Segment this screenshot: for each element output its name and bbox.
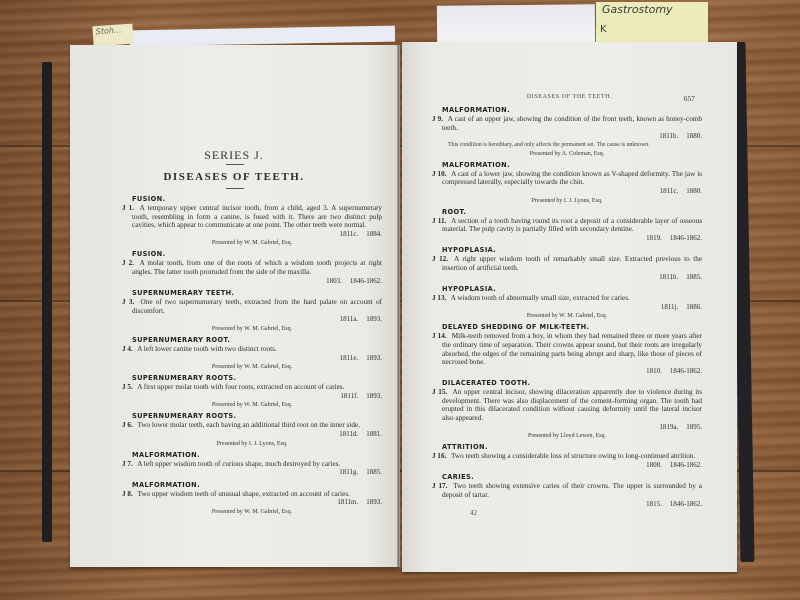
entry-body: J 7. A left upper wisdom tooth of curiou… xyxy=(122,460,382,477)
entry-year: 1893. xyxy=(366,392,382,400)
entry-reference: 1819.1846-1862. xyxy=(442,234,702,243)
entry-text: A first upper molar tooth with four root… xyxy=(137,383,344,391)
entry-id: J 13. xyxy=(432,294,446,302)
entry-body: J 10. A cast of a lower jaw, showing the… xyxy=(432,170,702,196)
entry-body: J 14. Milk-teeth removed from a boy, in … xyxy=(432,332,702,375)
entry-year: 1893. xyxy=(366,354,382,362)
entry-year: 1884. xyxy=(366,230,382,238)
catalogue-number: 1810. xyxy=(646,367,662,375)
entry-heading: MALFORMATION. xyxy=(132,481,382,489)
catalogue-entry: FUSION. J 1. A temporary upper central i… xyxy=(122,195,382,246)
entry-body: J 2. A molar tooth, from one of the root… xyxy=(122,259,382,285)
entry-id: J 4. xyxy=(122,345,133,353)
book-gutter xyxy=(397,45,400,567)
catalogue-entry: HYPOPLASIA. J 12. A right upper wisdom t… xyxy=(432,246,702,281)
entry-reference: 1811f.1893. xyxy=(132,392,382,401)
entry-reference: 1811j.1886. xyxy=(442,303,702,312)
entry-text: A molar tooth, from one of the roots of … xyxy=(132,259,382,276)
book-cover-left xyxy=(42,62,52,542)
entry-reference: 1811d.1881. xyxy=(132,430,382,439)
entry-text: A wisdom tooth of abnormally small size,… xyxy=(451,294,630,302)
presented-by: Presented by W. M. Gabriel, Esq. xyxy=(122,326,382,332)
catalogue-entry: HYPOPLASIA. J 13. A wisdom tooth of abno… xyxy=(432,285,702,319)
entry-year: 1885. xyxy=(366,468,382,476)
entry-id: J 6. xyxy=(122,421,133,429)
entry-year: 1881. xyxy=(366,430,382,438)
series-title: SERIES J. xyxy=(70,148,398,163)
entry-year: 1880. xyxy=(686,132,702,140)
entry-reference: 1811a.1893. xyxy=(132,315,382,324)
entry-id: J 11. xyxy=(432,217,446,225)
entry-year: 1846-1862. xyxy=(670,367,702,375)
entry-text: A section of a tooth having round its ro… xyxy=(442,217,702,234)
catalogue-entry: SUPERNUMERARY ROOTS. J 6. Two lower mola… xyxy=(122,412,382,446)
entry-id: J 10. xyxy=(432,170,447,178)
sticky-note-text: Stoh... xyxy=(92,24,133,38)
entry-text: A right upper wisdom tooth of remarkably… xyxy=(442,255,702,272)
entry-reference: 1811c.1880. xyxy=(442,187,702,196)
entry-id: J 2. xyxy=(122,259,134,267)
entry-text: A left upper wisdom tooth of curious sha… xyxy=(137,460,340,468)
right-entries-list: MALFORMATION. J 9. A cast of an upper ja… xyxy=(432,106,702,512)
entry-reference: 1811b.1880. xyxy=(442,132,702,141)
entry-year: 1886. xyxy=(686,303,702,311)
entry-text: Milk-teeth removed from a boy, in whom t… xyxy=(442,332,702,366)
entry-id: J 15. xyxy=(432,388,447,396)
catalogue-number: 1819. xyxy=(646,234,662,242)
entry-year: 1846-1862. xyxy=(670,461,702,469)
catalogue-number: 1819a. xyxy=(659,423,678,431)
right-page: DISEASES OF THE TEETH. 657 MALFORMATION.… xyxy=(402,42,737,572)
catalogue-entry: DELAYED SHEDDING OF MILK-TEETH. J 14. Mi… xyxy=(432,323,702,375)
catalogue-number: 1811d. xyxy=(339,430,358,438)
entry-id: J 12. xyxy=(432,255,448,263)
entry-id: J 14. xyxy=(432,332,447,340)
sticky-note-left: Stoh... xyxy=(92,24,133,47)
catalogue-entry: DILACERATED TOOTH. J 15. An upper centra… xyxy=(432,379,702,439)
title-rule xyxy=(226,164,244,165)
entry-text: One of two supernumerary teeth, extracte… xyxy=(132,298,382,315)
catalogue-number: 1811h. xyxy=(659,273,678,281)
entry-text: Two upper wisdom teeth of unusual shape,… xyxy=(137,490,349,498)
entry-year: 1893. xyxy=(366,498,382,506)
entry-text: An upper central incisor, showing dilace… xyxy=(442,388,702,422)
entry-id: J 7. xyxy=(122,460,133,468)
catalogue-number: 1811a. xyxy=(340,315,359,323)
entry-reference: 1819a.1895. xyxy=(442,423,702,432)
entry-year: 1895. xyxy=(686,423,702,431)
entry-heading: SUPERNUMERARY ROOT. xyxy=(132,336,382,344)
catalogue-entry: CARIES. J 17. Two teeth showing extensiv… xyxy=(432,473,702,508)
entry-note: This condition is hereditary, and only a… xyxy=(432,142,702,149)
catalogue-entry: ATTRITION. J 16. Two teeth showing a con… xyxy=(432,443,702,469)
presented-by: Presented by W. M. Gabriel, Esq. xyxy=(122,402,382,408)
entry-year: 1880. xyxy=(686,187,702,195)
entry-reference: 1810.1846-1862. xyxy=(442,367,702,376)
entry-heading: SUPERNUMERARY ROOTS. xyxy=(132,412,382,420)
signature-mark: 42 xyxy=(470,509,477,517)
catalogue-number: 1815. xyxy=(646,500,662,508)
entry-body: J 6. Two lower molar teeth, each having … xyxy=(122,421,382,438)
presented-by: Presented by I. J. Lyons, Esq. xyxy=(122,441,382,447)
entry-text: A temporary upper central incisor tooth,… xyxy=(132,204,382,229)
presented-by: Presented by W. M. Gabriel, Esq. xyxy=(122,240,382,246)
entry-body: J 17. Two teeth showing extensive caries… xyxy=(432,482,702,508)
entry-heading: ROOT. xyxy=(442,208,702,216)
entry-body: J 15. An upper central incisor, showing … xyxy=(432,388,702,431)
entry-id: J 8. xyxy=(122,490,133,498)
entry-heading: MALFORMATION. xyxy=(442,161,702,169)
catalogue-entry: MALFORMATION. J 9. A cast of an upper ja… xyxy=(432,106,702,157)
entry-body: J 8. Two upper wisdom teeth of unusual s… xyxy=(122,490,382,507)
catalogue-number: 1808. xyxy=(646,461,662,469)
catalogue-number: 1811g. xyxy=(339,468,358,476)
entry-year: 1846-1862. xyxy=(350,277,382,285)
entry-year: 1885. xyxy=(686,273,702,281)
presented-by: Presented by W. M. Gabriel, Esq. xyxy=(122,509,382,515)
entry-reference: 1815.1846-1862. xyxy=(442,500,702,509)
entry-reference: 1811m.1893. xyxy=(132,498,382,507)
entry-heading: HYPOPLASIA. xyxy=(442,246,702,254)
entry-body: J 3. One of two supernumerary teeth, ext… xyxy=(122,298,382,324)
entry-id: J 16. xyxy=(432,452,446,460)
title-rule xyxy=(226,188,244,189)
bookmark-paper xyxy=(437,4,595,43)
entry-reference: 1811e.1893. xyxy=(132,354,382,363)
catalogue-entry: MALFORMATION. J 8. Two upper wisdom teet… xyxy=(122,481,382,515)
entry-heading: DELAYED SHEDDING OF MILK-TEETH. xyxy=(442,323,702,331)
section-title: DISEASES OF TEETH. xyxy=(70,171,398,183)
entry-text: Two lower molar teeth, each having an ad… xyxy=(137,421,359,429)
entry-body: J 13. A wisdom tooth of abnormally small… xyxy=(432,294,702,311)
presented-by: Presented by A. Coleman, Esq. xyxy=(432,151,702,157)
catalogue-entry: ROOT. J 11. A section of a tooth having … xyxy=(432,208,702,243)
entry-body: J 1. A temporary upper central incisor t… xyxy=(122,204,382,238)
entry-heading: SUPERNUMERARY TEETH. xyxy=(132,289,382,297)
sticky-note-letter: K xyxy=(600,24,607,35)
presented-by: Presented by W. M. Gabriel, Esq. xyxy=(122,364,382,370)
left-entries-list: FUSION. J 1. A temporary upper central i… xyxy=(122,195,382,519)
catalogue-entry: FUSION. J 2. A molar tooth, from one of … xyxy=(122,250,382,285)
entry-heading: MALFORMATION. xyxy=(442,106,702,114)
entry-heading: FUSION. xyxy=(132,250,382,258)
entry-reference: 1811c.1884. xyxy=(132,230,382,239)
catalogue-entry: SUPERNUMERARY ROOTS. J 5. A first upper … xyxy=(122,374,382,408)
entry-id: J 17. xyxy=(432,482,447,490)
catalogue-number: 1811c. xyxy=(340,230,359,238)
left-page: SERIES J. DISEASES OF TEETH. FUSION. J 1… xyxy=(70,45,398,567)
catalogue-number: 1811e. xyxy=(340,354,359,362)
entry-reference: 1808.1846-1862. xyxy=(442,461,702,470)
catalogue-entry: SUPERNUMERARY ROOT. J 4. A left lower ca… xyxy=(122,336,382,370)
entry-body: J 9. A cast of an upper jaw, showing the… xyxy=(432,115,702,141)
entry-heading: HYPOPLASIA. xyxy=(442,285,702,293)
entry-heading: MALFORMATION. xyxy=(132,451,382,459)
catalogue-number: 1811c. xyxy=(660,187,679,195)
catalogue-number: 1811m. xyxy=(337,498,358,506)
entry-text: Two teeth showing extensive caries of th… xyxy=(442,482,702,499)
presented-by: Presented by W. M. Gabriel, Esq. xyxy=(432,313,702,319)
catalogue-number: 1811j. xyxy=(661,303,678,311)
entry-reference: 1811h.1885. xyxy=(442,273,702,282)
entry-text: A cast of an upper jaw, showing the cond… xyxy=(442,115,702,132)
entry-heading: FUSION. xyxy=(132,195,382,203)
entry-body: J 16. Two teeth showing a considerable l… xyxy=(432,452,702,469)
entry-id: J 1. xyxy=(122,204,134,212)
entry-id: J 3. xyxy=(122,298,134,306)
entry-year: 1846-1862. xyxy=(670,234,702,242)
entry-heading: DILACERATED TOOTH. xyxy=(442,379,702,387)
catalogue-number: 1811f. xyxy=(340,392,358,400)
presented-by: Presented by I. J. Lyons, Esq. xyxy=(432,198,702,204)
entry-body: J 12. A right upper wisdom tooth of rema… xyxy=(432,255,702,281)
entry-heading: CARIES. xyxy=(442,473,702,481)
bookmark-slip xyxy=(130,26,395,47)
entry-body: J 4. A left lower canine tooth with two … xyxy=(122,345,382,362)
presented-by: Presented by Lloyd Lewen, Esq. xyxy=(432,433,702,439)
entry-text: Two teeth showing a considerable loss of… xyxy=(451,452,695,460)
entry-year: 1846-1862. xyxy=(670,500,702,508)
entry-text: A left lower canine tooth with two disti… xyxy=(137,345,277,353)
entry-body: J 5. A first upper molar tooth with four… xyxy=(122,383,382,400)
entry-year: 1893. xyxy=(366,315,382,323)
entry-id: J 9. xyxy=(432,115,443,123)
entry-reference: 1803.1846-1862. xyxy=(132,277,382,286)
sticky-note-gastrostomy: Gastrostomy K xyxy=(596,2,708,44)
entry-reference: 1811g.1885. xyxy=(132,468,382,477)
entry-body: J 11. A section of a tooth having round … xyxy=(432,217,702,243)
entry-text: A cast of a lower jaw, showing the condi… xyxy=(442,170,702,187)
catalogue-entry: SUPERNUMERARY TEETH. J 3. One of two sup… xyxy=(122,289,382,332)
entry-heading: SUPERNUMERARY ROOTS. xyxy=(132,374,382,382)
page-number: 657 xyxy=(684,94,695,103)
catalogue-entry: MALFORMATION. J 7. A left upper wisdom t… xyxy=(122,451,382,477)
entry-heading: ATTRITION. xyxy=(442,443,702,451)
entry-id: J 5. xyxy=(122,383,133,391)
catalogue-number: 1811b. xyxy=(659,132,678,140)
sticky-note-text: Gastrostomy xyxy=(602,3,673,16)
catalogue-number: 1803. xyxy=(326,277,342,285)
catalogue-entry: MALFORMATION. J 10. A cast of a lower ja… xyxy=(432,161,702,204)
